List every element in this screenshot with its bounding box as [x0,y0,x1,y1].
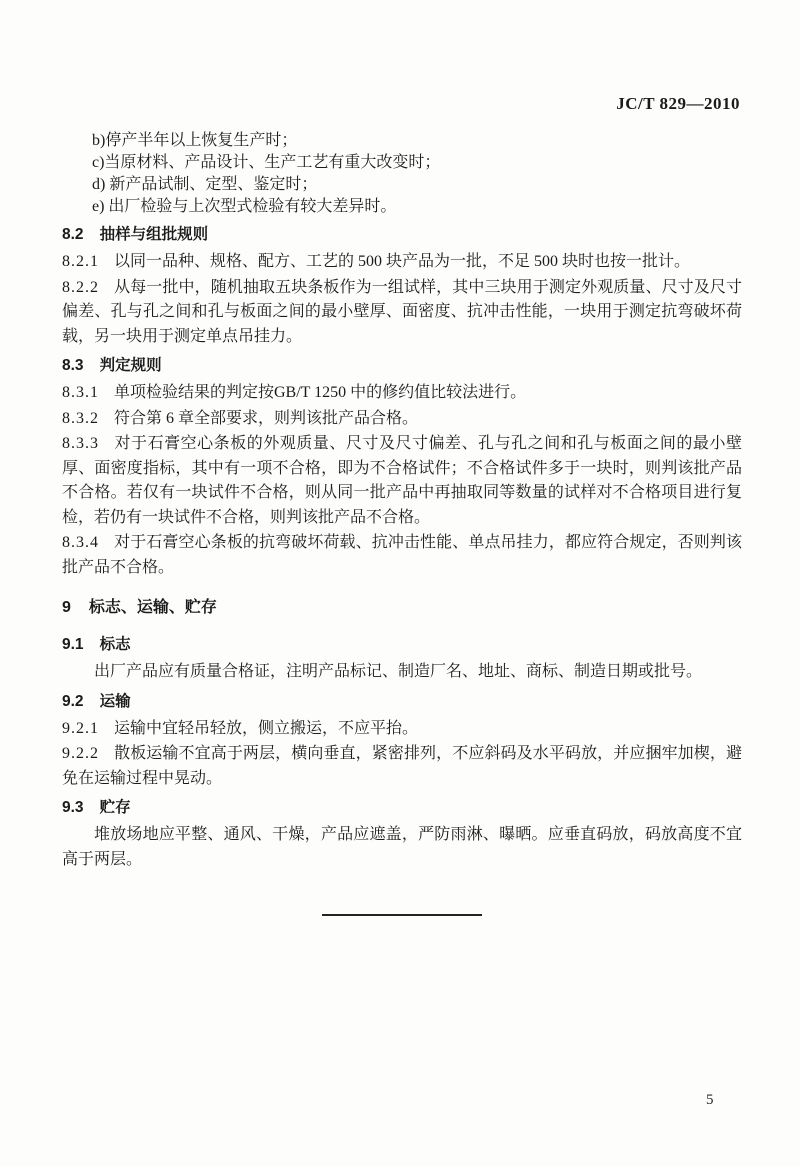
standard-number-header: JC/T 829—2010 [62,94,742,114]
section-heading-9-1: 9.1标志 [62,634,742,656]
clause-number: 8.3.2 [62,410,99,427]
section-title: 运输 [100,693,131,710]
chapter-number: 9 [62,599,71,616]
clause-8-2-1: 8.2.1以同一品种、规格、配方、工艺的 500 块产品为一批，不足 500 块… [62,250,742,275]
section-title: 抽样与组批规则 [100,226,209,243]
clause-number: 8.2.2 [62,279,99,296]
section-heading-9-2: 9.2运输 [62,691,742,713]
section-title: 贮存 [100,799,131,816]
section-title: 判定规则 [100,357,162,374]
clause-text: 以同一品种、规格、配方、工艺的 500 块产品为一批，不足 500 块时也按一批… [114,253,690,270]
clause-number: 9.2.1 [62,720,99,737]
section-title: 标志 [100,636,131,653]
list-item-c: c)当原材料、产品设计、生产工艺有重大改变时； [92,152,742,174]
page-content: JC/T 829—2010 b)停产半年以上恢复生产时； c)当原材料、产品设计… [62,94,742,916]
section-number: 8.3 [62,357,84,374]
clause-9-2-2: 9.2.2散板运输不宜高于两层，横向垂直，紧密排列，不应斜码及水平码放，并应捆牢… [62,742,742,791]
section-heading-8-3: 8.3判定规则 [62,355,742,377]
section-number: 9.1 [62,636,84,653]
clause-text: 散板运输不宜高于两层，横向垂直，紧密排列，不应斜码及水平码放，并应捆牢加楔，避免… [62,745,742,787]
clause-8-3-4: 8.3.4对于石膏空心条板的抗弯破坏荷载、抗冲击性能、单点吊挂力，都应符合规定，… [62,531,742,580]
section-number: 9.3 [62,799,84,816]
clause-text: 单项检验结果的判定按GB/T 1250 中的修约值比较法进行。 [114,384,526,401]
clause-8-3-3: 8.3.3对于石膏空心条板的外观质量、尺寸及尺寸偏差、孔与孔之间和孔与板面之间的… [62,432,742,530]
chapter-title: 标志、运输、贮存 [89,599,217,616]
clause-8-3-1: 8.3.1单项检验结果的判定按GB/T 1250 中的修约值比较法进行。 [62,381,742,406]
section-heading-9-3: 9.3贮存 [62,797,742,819]
section-number: 8.2 [62,226,84,243]
section-number: 9.2 [62,693,84,710]
clause-number: 8.3.1 [62,384,99,401]
clause-text: 对于石膏空心条板的外观质量、尺寸及尺寸偏差、孔与孔之间和孔与板面之间的最小壁厚、… [62,435,742,526]
clause-8-3-2: 8.3.2符合第 6 章全部要求，则判该批产品合格。 [62,407,742,432]
list-item-d: d) 新产品试制、定型、鉴定时； [92,174,742,196]
type-inspection-condition-list: b)停产半年以上恢复生产时； c)当原材料、产品设计、生产工艺有重大改变时； d… [92,130,742,218]
clause-number: 8.3.4 [62,534,99,551]
clause-number: 8.3.3 [62,435,99,452]
end-of-text-divider [322,914,482,916]
paragraph-9-1: 出厂产品应有质量合格证，注明产品标记、制造厂名、地址、商标、制造日期或批号。 [62,660,742,685]
clause-9-2-1: 9.2.1运输中宜轻吊轻放，侧立搬运，不应平抬。 [62,717,742,742]
clause-number: 8.2.1 [62,253,99,270]
clause-text: 对于石膏空心条板的抗弯破坏荷载、抗冲击性能、单点吊挂力，都应符合规定，否则判该批… [62,534,742,576]
clause-8-2-2: 8.2.2从每一批中，随机抽取五块条板作为一组试样，其中三块用于测定外观质量、尺… [62,276,742,350]
section-heading-8-2: 8.2抽样与组批规则 [62,224,742,246]
clause-text: 运输中宜轻吊轻放，侧立搬运，不应平抬。 [114,720,418,737]
paragraph-9-3: 堆放场地应平整、通风、干燥，产品应遮盖，严防雨淋、曝晒。应垂直码放，码放高度不宜… [62,823,742,872]
chapter-heading-9: 9标志、运输、贮存 [62,596,742,620]
document-page: JC/T 829—2010 b)停产半年以上恢复生产时； c)当原材料、产品设计… [0,0,800,1166]
clause-text: 从每一批中，随机抽取五块条板作为一组试样，其中三块用于测定外观质量、尺寸及尺寸偏… [62,279,742,345]
list-item-e: e) 出厂检验与上次型式检验有较大差异时。 [92,196,742,218]
page-number: 5 [706,1092,714,1109]
list-item-b: b)停产半年以上恢复生产时； [92,130,742,152]
clause-number: 9.2.2 [62,745,99,762]
clause-text: 符合第 6 章全部要求，则判该批产品合格。 [114,410,418,427]
